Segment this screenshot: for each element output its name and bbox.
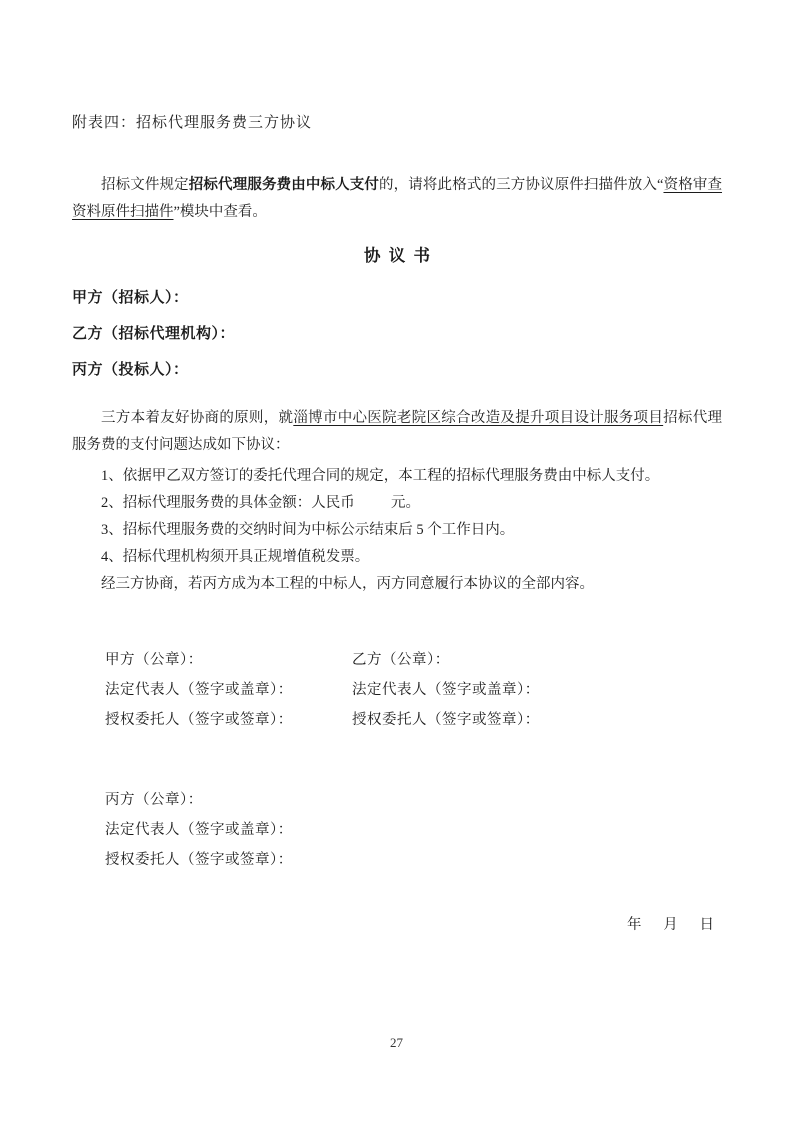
- parties-block: 甲方（招标人）： 乙方（招标代理机构）： 丙方（投标人）：: [72, 280, 722, 388]
- party-b-line: 乙方（招标代理机构）：: [72, 316, 722, 352]
- party-c-seal-line: 丙方（公章）：: [105, 785, 722, 815]
- page-title: 附表四：招标代理服务费三方协议: [72, 112, 722, 134]
- closing-sentence: 经三方协商，若丙方成为本工程的中标人，丙方同意履行本协议的全部内容。: [72, 571, 722, 598]
- signature-block-ab: 甲方（公章）： 法定代表人（签字或盖章）： 授权委托人（签字或签章）： 乙方（公…: [72, 645, 722, 735]
- party-a-agent-line: 授权委托人（签字或签章）：: [105, 705, 352, 735]
- intro-bold-text: 招标代理服务费由中标人支付: [189, 177, 379, 193]
- clause-3: 3、招标代理服务费的交纳时间为中标公示结束后 5 个工作日内。: [72, 517, 722, 544]
- project-name-underlined: 淄博市中心医院老院区综合改造及提升项目设计服务项目: [293, 410, 663, 426]
- party-c-line: 丙方（投标人）：: [72, 352, 722, 388]
- party-c-legal-rep-line: 法定代表人（签字或盖章）：: [105, 815, 722, 845]
- clauses-list: 1、依据甲乙双方签订的委托代理合同的规定，本工程的招标代理服务费由中标人支付。 …: [72, 463, 722, 598]
- intro-text-3: ”模块中查看。: [174, 204, 267, 220]
- party-b-seal-line: 乙方（公章）：: [352, 645, 599, 675]
- party-a-line: 甲方（招标人）：: [72, 280, 722, 316]
- party-b-agent-line: 授权委托人（签字或签章）：: [352, 705, 599, 735]
- date-line: 年 月 日: [72, 915, 722, 935]
- agreement-heading: 协 议 书: [72, 245, 722, 267]
- clause-2: 2、招标代理服务费的具体金额：人民币 元。: [72, 490, 722, 517]
- party-a-seal-line: 甲方（公章）：: [105, 645, 352, 675]
- clause-1: 1、依据甲乙双方签订的委托代理合同的规定，本工程的招标代理服务费由中标人支付。: [72, 463, 722, 490]
- document-page: 附表四：招标代理服务费三方协议 招标文件规定招标代理服务费由中标人支付的，请将此…: [0, 0, 793, 1122]
- signature-party-c: 丙方（公章）： 法定代表人（签字或盖章）： 授权委托人（签字或签章）：: [105, 785, 722, 875]
- intro-paragraph: 招标文件规定招标代理服务费由中标人支付的，请将此格式的三方协议原件扫描件放入“资…: [72, 172, 722, 226]
- party-b-legal-rep-line: 法定代表人（签字或盖章）：: [352, 675, 599, 705]
- intro-text-2: 的，请将此格式的三方协议原件扫描件放入“: [379, 177, 663, 193]
- party-c-agent-line: 授权委托人（签字或签章）：: [105, 845, 722, 875]
- signature-party-a: 甲方（公章）： 法定代表人（签字或盖章）： 授权委托人（签字或签章）：: [105, 645, 352, 735]
- clause-4: 4、招标代理机构须开具正规增值税发票。: [72, 544, 722, 571]
- party-a-legal-rep-line: 法定代表人（签字或盖章）：: [105, 675, 352, 705]
- signature-party-b: 乙方（公章）： 法定代表人（签字或盖章）： 授权委托人（签字或签章）：: [352, 645, 599, 735]
- preamble-paragraph: 三方本着友好协商的原则，就淄博市中心医院老院区综合改造及提升项目设计服务项目招标…: [72, 405, 722, 459]
- document-content: 附表四：招标代理服务费三方协议 招标文件规定招标代理服务费由中标人支付的，请将此…: [72, 0, 722, 935]
- intro-text-1: 招标文件规定: [101, 177, 189, 193]
- page-number: 27: [0, 1035, 793, 1051]
- preamble-text-1: 三方本着友好协商的原则，就: [101, 410, 293, 426]
